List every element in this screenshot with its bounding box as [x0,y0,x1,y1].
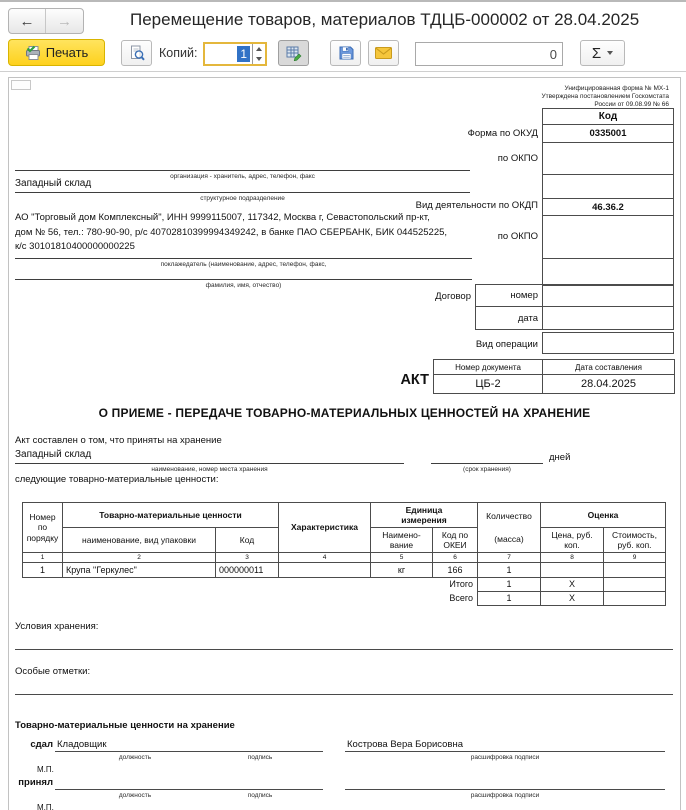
sigma-icon: Σ [592,45,601,62]
okdp-value: 46.36.2 [543,199,673,216]
cell-quantity: 1 [478,563,541,578]
cell-cost [604,563,666,578]
doc-number-value: ЦБ-2 [434,375,543,393]
cell-unit: кг [371,563,433,578]
operation-label: Вид операции [289,339,538,350]
storage-place-line [15,463,404,464]
position-caption: должность [55,792,215,799]
save-icon [338,45,354,61]
signature-caption: подпись [197,754,323,761]
caret-down-icon [607,51,613,55]
col-number: 6 [433,553,478,563]
goods-table: Номер по порядку Товарно-материальные це… [22,502,666,606]
counter-field[interactable] [415,42,563,66]
handed-name-line [345,751,665,752]
transfer-title: Товарно-материальные ценности на хранени… [15,720,235,731]
col-number: 4 [279,553,371,563]
forward-button[interactable]: → [46,9,83,33]
table-row: 1 Крупа "Геркулес" 000000011 кг 166 1 [23,563,666,578]
total-cost [604,578,666,592]
fio-line-rule [15,279,472,280]
page-title: Перемещение товаров, материалов ТДЦБ-000… [130,10,639,30]
position-caption: должность [55,754,215,761]
depositor-caption: поклажедатель (наименование, адрес, теле… [15,261,472,268]
contract-number-label: номер [476,285,543,307]
spinner-arrows [252,44,265,64]
depositor-line: дом № 56, тел.: 780-90-90, р/с 407028103… [15,226,465,241]
department-line [15,192,470,193]
subheader-okei: Код по ОКЕИ [433,528,478,553]
forward-arrow-icon: → [57,13,72,30]
contract-date-value [543,307,673,329]
save-button[interactable] [330,40,361,66]
col-header-unit: Единица измерения [371,503,478,528]
col-number: 5 [371,553,433,563]
department-caption: структурное подразделение [15,195,470,202]
back-button[interactable]: ← [9,9,46,33]
cell-num: 1 [23,563,63,578]
cell-characteristic [279,563,371,578]
subheader-cost: Стоимость, руб. коп. [604,528,666,553]
triangle-up-icon [256,47,262,51]
handed-label: сдал [9,739,53,750]
handed-name-value: Кострова Вера Борисовна [347,739,463,750]
contract-date-label: дата [476,307,543,329]
unit-name-part: Наимено- [373,530,430,540]
okpo-value-cell [543,143,673,175]
depositor-line: АО "Торговый дом Комплексный", ИНН 99991… [15,211,465,226]
subheader-unit-name: Наимено- вание [371,528,433,553]
fio-caption: фамилия, имя, отчество) [15,282,472,289]
preview-icon [129,45,145,61]
back-arrow-icon: ← [20,13,35,30]
quantity-label: Количество [480,511,538,521]
col-header-num: Номер по порядку [23,503,63,553]
cell-okei: 166 [433,563,478,578]
accepted-label: принял [9,777,53,788]
sum-dropdown-button[interactable]: Σ [580,40,625,66]
spreadsheet-corner-cell[interactable] [11,80,31,90]
doc-number-header: Номер документа [434,360,543,375]
preview-button[interactable] [121,40,152,66]
grand-total-label: Всего [23,592,478,606]
okud-value: 0335001 [543,125,673,143]
okpo-label: по ОКПО [289,153,538,164]
col-number: 9 [604,553,666,563]
operation-value-cell [542,332,674,354]
empty-code-cell [543,175,673,199]
col-number: 3 [216,553,279,563]
depositor-text: АО "Торговый дом Комплексный", ИНН 99991… [15,211,465,255]
stamp-line: Утверждена постановлением Госкомстата [541,93,669,101]
code-header: Код [543,109,673,125]
depositor-line-rule [15,258,472,259]
name-caption: расшифровка подписи [345,792,665,799]
doc-date-value: 28.04.2025 [543,375,674,393]
grand-total-row: Всего 1 X [23,592,666,606]
total-label: Итого [23,578,478,592]
nav-button-group: ← → [8,8,84,34]
conditions-label: Условия хранения: [15,621,98,632]
col-header-tmc: Товарно-материальные ценности [63,503,279,528]
grand-total-price: X [541,592,604,606]
doc-date-header: Дата составления [543,360,674,375]
spinner-up-button[interactable] [253,44,265,54]
subheader-code: Код [216,528,279,553]
spinner-down-button[interactable] [253,54,265,64]
printer-icon [25,45,41,61]
handed-position-value: Кладовщик [57,739,107,750]
col-number: 8 [541,553,604,563]
accepted-position-line [55,789,215,790]
print-form-window: ← → Перемещение товаров, материалов ТДЦБ… [0,0,686,810]
unit-name-part: вание [373,540,430,550]
col-header-characteristic: Характеристика [279,503,371,553]
col-header-score: Оценка [541,503,666,528]
table-edit-icon [286,45,302,61]
col-number: 7 [478,553,541,563]
storage-term-line [431,463,543,464]
storage-term-caption: (срок хранения) [431,466,543,473]
department-value: Западный склад [15,178,91,189]
mail-button[interactable] [368,40,399,66]
signature-caption: подпись [197,792,323,799]
notes-label: Особые отметки: [15,666,90,677]
col-number: 2 [63,553,216,563]
mp-label: М.П. [37,803,54,810]
stamp-line: Унифицированная форма № МХ-1 [541,85,669,93]
col-header-quantity: Количество (масса) [478,503,541,553]
handed-position-line [55,751,215,752]
code-column: Код 0335001 46.36.2 [542,108,674,286]
print-button-label: Печать [46,45,89,60]
grand-total-quantity: 1 [478,592,541,606]
subheader-name: наименование, вид упаковки [63,528,216,553]
composed-text: Акт составлен о том, что приняты на хран… [15,435,222,446]
copies-label: Копий: [159,46,197,60]
total-row: Итого 1 X [23,578,666,592]
total-quantity: 1 [478,578,541,592]
depositor-line: к/с 30101810400000000225 [15,240,465,255]
notes-line [15,694,673,695]
mail-icon [375,47,392,59]
cell-name: Крупа "Геркулес" [63,563,216,578]
empty-code-cell-2 [543,259,673,285]
print-button[interactable]: Печать [8,39,105,66]
window-header: ← → Перемещение товаров, материалов ТДЦБ… [0,2,686,72]
accepted-name-line [345,789,665,790]
name-caption: расшифровка подписи [345,754,665,761]
subheader-price: Цена, руб. коп. [541,528,604,553]
accepted-signature-line [197,789,323,790]
handed-signature-line [197,751,323,752]
copies-value-field[interactable]: 1 [205,44,252,64]
cell-price [541,563,604,578]
document-title: О ПРИЕМЕ - ПЕРЕДАЧЕ ТОВАРНО-МАТЕРИАЛЬНЫХ… [9,406,680,420]
organization-line [15,170,470,171]
cell-code: 000000011 [216,563,279,578]
mp-label: М.П. [37,765,54,774]
conditions-line [15,649,673,650]
act-label: АКТ [349,372,429,388]
copies-spinner[interactable]: 1 [203,42,267,66]
storage-place-caption: наименование, номер места хранения [15,466,404,473]
okud-label: Форма по ОКУД [289,128,538,139]
unified-form-stamp: Унифицированная форма № МХ-1 Утверждена … [541,85,669,109]
mass-label: (масса) [480,534,538,544]
act-number-table: Номер документа Дата составления ЦБ-2 28… [433,359,675,394]
copies-value: 1 [237,46,250,62]
spreadsheet-document-view[interactable]: Унифицированная форма № МХ-1 Утверждена … [8,77,681,810]
col-number: 1 [23,553,63,563]
total-price: X [541,578,604,592]
days-label: дней [549,452,570,463]
triangle-down-icon [256,57,262,61]
following-text: следующие товарно-материальные ценности: [15,474,219,485]
grand-total-cost [604,592,666,606]
edit-spreadsheet-button[interactable] [278,40,309,66]
contract-label: Договор [289,291,471,302]
okpo-value-cell-2 [543,216,673,259]
storage-place-value: Западный склад [15,449,91,460]
contract-table: номер дата [475,284,674,330]
contract-number-value [543,285,673,307]
